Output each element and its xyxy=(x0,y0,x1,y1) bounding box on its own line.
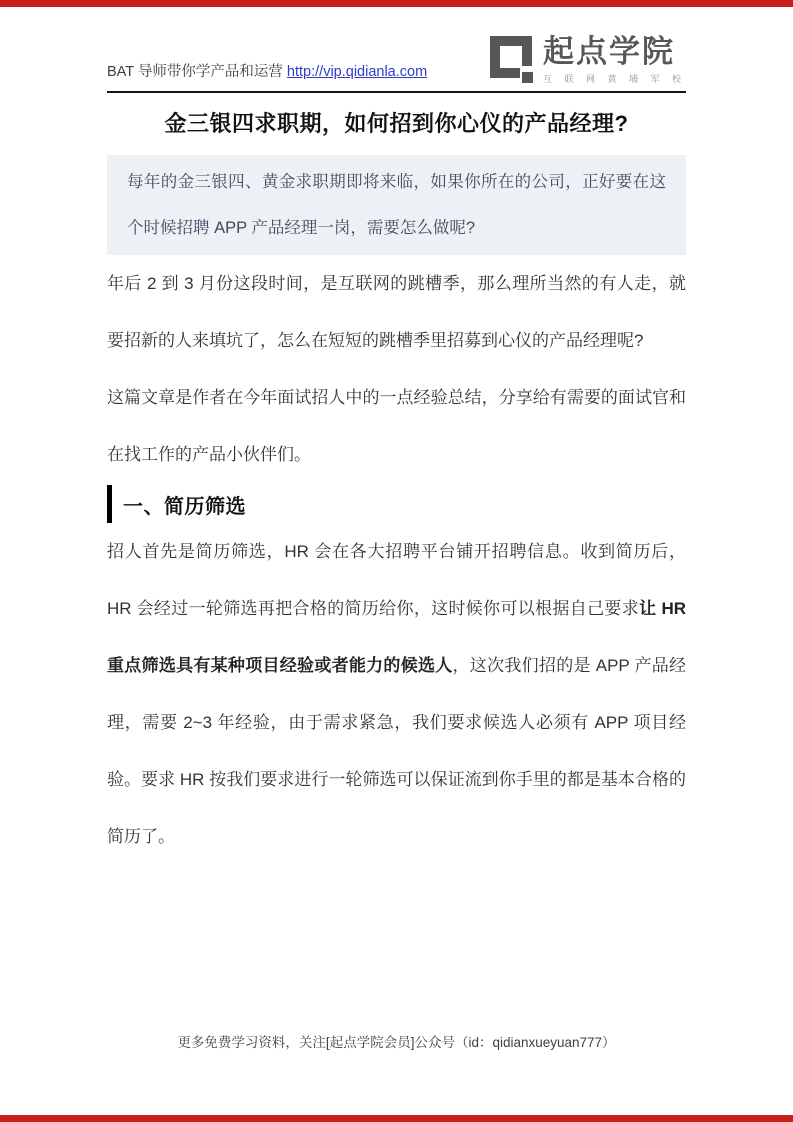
logo-square-dot xyxy=(522,72,533,83)
document-page: BAT 导师带你学产品和运营 http://vip.qidianla.com 起… xyxy=(0,36,793,865)
logo-slogan: 互 联 网 黄 埔 军 校 xyxy=(543,72,686,85)
tagline-text: BAT 导师带你学产品和运营 xyxy=(107,64,287,80)
paragraph-1: 年后 2 到 3 月份这段时间，是互联网的跳槽季，那么理所当然的有人走，就要招新… xyxy=(107,255,686,369)
page-header: BAT 导师带你学产品和运营 http://vip.qidianla.com 起… xyxy=(107,36,686,93)
paragraph-3: 招人首先是简历筛选，HR 会在各大招聘平台铺开招聘信息。收到简历后，HR 会经过… xyxy=(107,523,686,865)
page-bottom-red-bar xyxy=(0,1115,793,1122)
header-tagline: BAT 导师带你学产品和运营 http://vip.qidianla.com xyxy=(107,60,427,85)
article-title: 金三银四求职期，如何招到你心仪的产品经理? xyxy=(107,109,686,139)
intro-highlight-box: 每年的金三银四、黄金求职期即将来临，如果你所在的公司，正好要在这个时候招聘 AP… xyxy=(107,155,686,255)
section-heading-text: 一、简历筛选 xyxy=(123,490,246,519)
vip-link[interactable]: http://vip.qidianla.com xyxy=(287,64,427,80)
qidian-logo-mark-icon xyxy=(490,36,532,80)
page-top-red-bar xyxy=(0,0,793,7)
paragraph-3-post: ，这次我们招的是 APP 产品经理，需要 2~3 年经验，由于需求紧急，我们要求… xyxy=(107,656,686,846)
logo-text: 起点学院 互 联 网 黄 埔 军 校 xyxy=(543,36,686,85)
section-heading-1: 一、简历筛选 xyxy=(107,485,686,523)
logo-brand-name: 起点学院 xyxy=(543,36,686,68)
page-footer-note: 更多免费学习资料，关注[起点学院会员]公众号（id：qidianxueyuan7… xyxy=(0,1031,793,1051)
paragraph-2: 这篇文章是作者在今年面试招人中的一点经验总结，分享给有需要的面试官和在找工作的产… xyxy=(107,369,686,483)
qidian-logo: 起点学院 互 联 网 黄 埔 军 校 xyxy=(490,36,686,85)
heading-accent-bar xyxy=(107,485,112,523)
paragraph-3-pre: 招人首先是简历筛选，HR 会在各大招聘平台铺开招聘信息。收到简历后，HR 会经过… xyxy=(107,542,686,618)
